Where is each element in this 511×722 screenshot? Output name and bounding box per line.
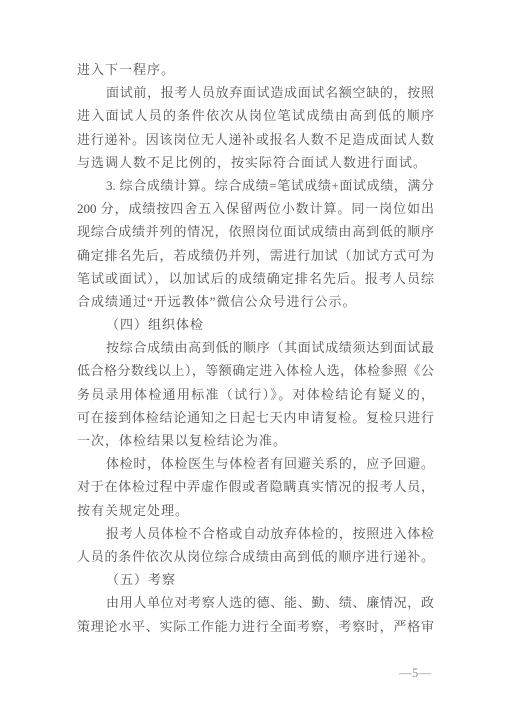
body-text-line: 务员录用体检通用标准（试行）》。对体检结论有疑义的， bbox=[77, 383, 434, 406]
page-number: —5— bbox=[399, 666, 432, 681]
document-text-block: 进入下一程序。面试前，报考人员放弃面试造成面试名额空缺的，按照进入面试人员的条件… bbox=[77, 58, 434, 638]
document-page: 进入下一程序。面试前，报考人员放弃面试造成面试名额空缺的，按照进入面试人员的条件… bbox=[0, 0, 511, 722]
body-text-line: 报考人员体检不合格或自动放弃体检的，按照进入体检 bbox=[77, 522, 434, 545]
body-text-line: 进入面试人员的条件依次从岗位笔试成绩由高到低的顺序 bbox=[77, 104, 434, 127]
body-text-line: 200 分，成绩按四舍五入保留两位小数计算。同一岗位如出 bbox=[77, 197, 434, 220]
body-text-line: 与选调人数不足比例的，按实际符合面试人数进行面试。 bbox=[77, 151, 434, 174]
body-text-line: 合成绩通过“开远教体”微信公众号进行公示。 bbox=[77, 290, 434, 313]
section-heading: （五）考察 bbox=[77, 568, 434, 591]
body-text-line: 人员的条件依次从岗位综合成绩由高到低的顺序进行递补。 bbox=[77, 545, 434, 568]
body-text-line: 按有关规定处理。 bbox=[77, 499, 434, 522]
body-text-line: 体检时，体检医生与体检者有回避关系的，应予回避。 bbox=[77, 452, 434, 475]
section-heading: （四）组织体检 bbox=[77, 313, 434, 336]
body-text-line: 面试前，报考人员放弃面试造成面试名额空缺的，按照 bbox=[77, 81, 434, 104]
body-text-line: 策理论水平、实际工作能力进行全面考察，考察时，严格审 bbox=[77, 615, 434, 638]
body-text-line: 现综合成绩并列的情况，依照岗位面试成绩由高到低的顺序 bbox=[77, 220, 434, 243]
body-text-line: 笔试或面试），以加试后的成绩确定排名先后。报考人员综 bbox=[77, 267, 434, 290]
body-text-line: 按综合成绩由高到低的顺序（其面试成绩须达到面试最 bbox=[77, 336, 434, 359]
body-text-line: 由用人单位对考察人选的德、能、勤、绩、廉情况，政 bbox=[77, 591, 434, 614]
body-text-line: 进入下一程序。 bbox=[77, 58, 434, 81]
body-text-line: 3. 综合成绩计算。综合成绩=笔试成绩+面试成绩，满分 bbox=[77, 174, 434, 197]
body-text-line: 确定排名先后，若成绩仍并列，需进行加试（加试方式可为 bbox=[77, 244, 434, 267]
body-text-line: 对于在体检过程中弄虚作假或者隐瞒真实情况的报考人员， bbox=[77, 475, 434, 498]
body-text-line: 可在接到体检结论通知之日起七天内申请复检。复检只进行 bbox=[77, 406, 434, 429]
body-text-line: 低合格分数线以上），等额确定进入体检人选，体检参照《公 bbox=[77, 359, 434, 382]
body-text-line: 进行递补。因该岗位无人递补或报名人数不足造成面试人数 bbox=[77, 128, 434, 151]
body-text-line: 一次，体检结果以复检结论为准。 bbox=[77, 429, 434, 452]
